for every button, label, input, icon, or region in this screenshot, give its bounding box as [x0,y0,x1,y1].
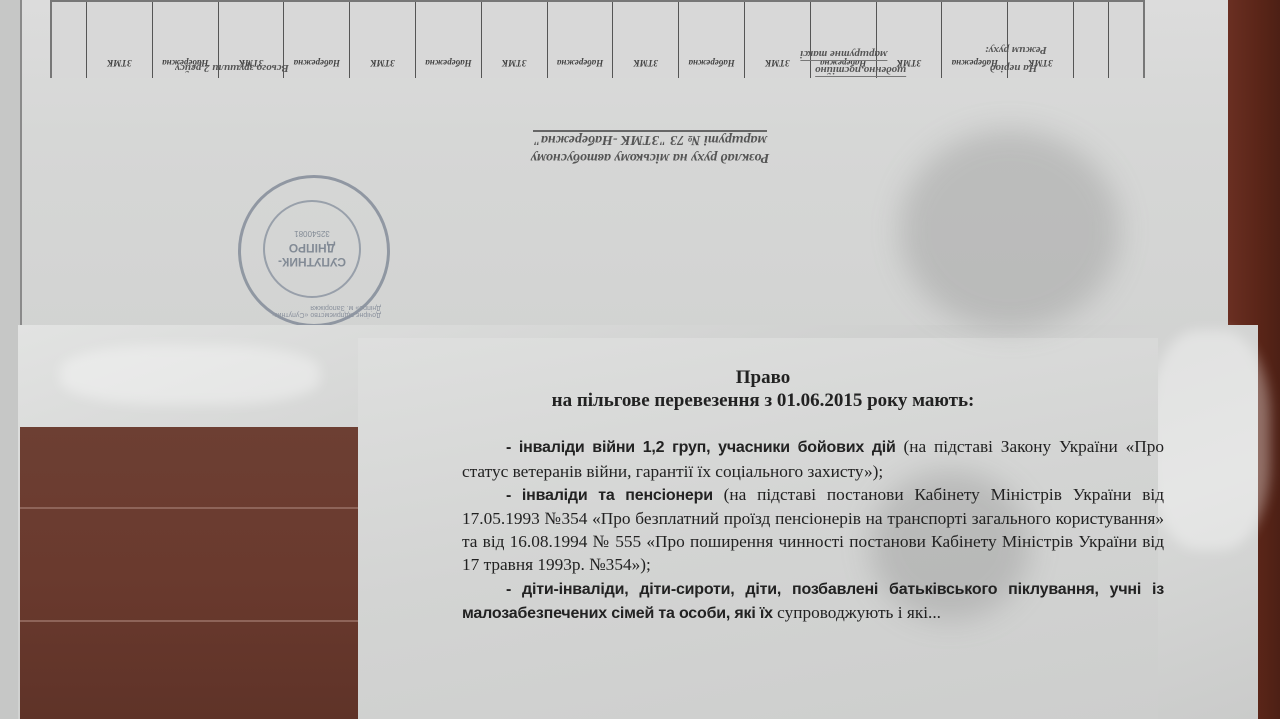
notice-item-2-bold: - інваліди та пенсіонери [506,487,713,504]
company-stamp: Дочірнє підприємство «Супутник-Дніпро» м… [238,175,390,327]
stamp-name-line2: ДНІПРО [289,241,335,255]
table-cell: ЗТМК [613,2,679,78]
notice-subtitle: на пільгове перевезення з 01.06.2015 рок… [362,389,1164,412]
glare [60,345,320,405]
notice-item-1-bold: - інваліди війни 1,2 груп, учасники бойо… [506,439,896,456]
timetable-title-line2: маршруті № 73 "ЗТМК -Набережна" [533,130,767,147]
timetable-period-label: На період [990,62,1037,74]
table-cell: ЗТМК [87,2,153,78]
shadow [900,130,1120,330]
table-cell: ЗТМК [482,2,548,78]
notice-text: Право на пільгове перевезення з 01.06.20… [462,366,1164,625]
brown-panel [20,427,365,719]
stamp-code: 32540081 [294,229,330,238]
timetable-title: Розклад руху на міському автобусному мар… [470,130,830,166]
notice-item-1: - інваліди війни 1,2 груп, учасники бойо… [462,435,1164,482]
timetable-title-line1: Розклад руху на міському автобусному [470,148,830,166]
notice-item-2: - інваліди та пенсіонери (на підставі по… [462,483,1164,577]
table-cell: Набережна [284,2,350,78]
timetable-constant-label: щоденно,постійно [815,64,906,77]
notice-item-3: - діти-інваліди, діти-сироти, діти, позб… [462,577,1164,625]
notice-item-3-text: супроводжують і які... [773,603,941,622]
notice-heading: Право на пільгове перевезення з 01.06.20… [362,366,1164,412]
table-cell: Набережна [416,2,482,78]
stamp-name-line1: СУПУТНИК- [278,255,346,269]
table-cell [1074,2,1109,78]
table-cell: ЗТМК [350,2,416,78]
table-cell [52,2,87,78]
table-cell: Набережна [548,2,614,78]
table-cell: Набережна [679,2,745,78]
table-cell: ЗТМК [745,2,811,78]
timetable-total-label: Всього зрушили 2 рейсу [175,62,289,74]
table-cell [1109,2,1143,78]
notice-title: Право [736,367,790,388]
timetable-route-taxi-label: маршрутне таксі [800,48,887,61]
glare [1150,330,1270,550]
timetable-mode-label: Режим руху: [985,44,1047,56]
